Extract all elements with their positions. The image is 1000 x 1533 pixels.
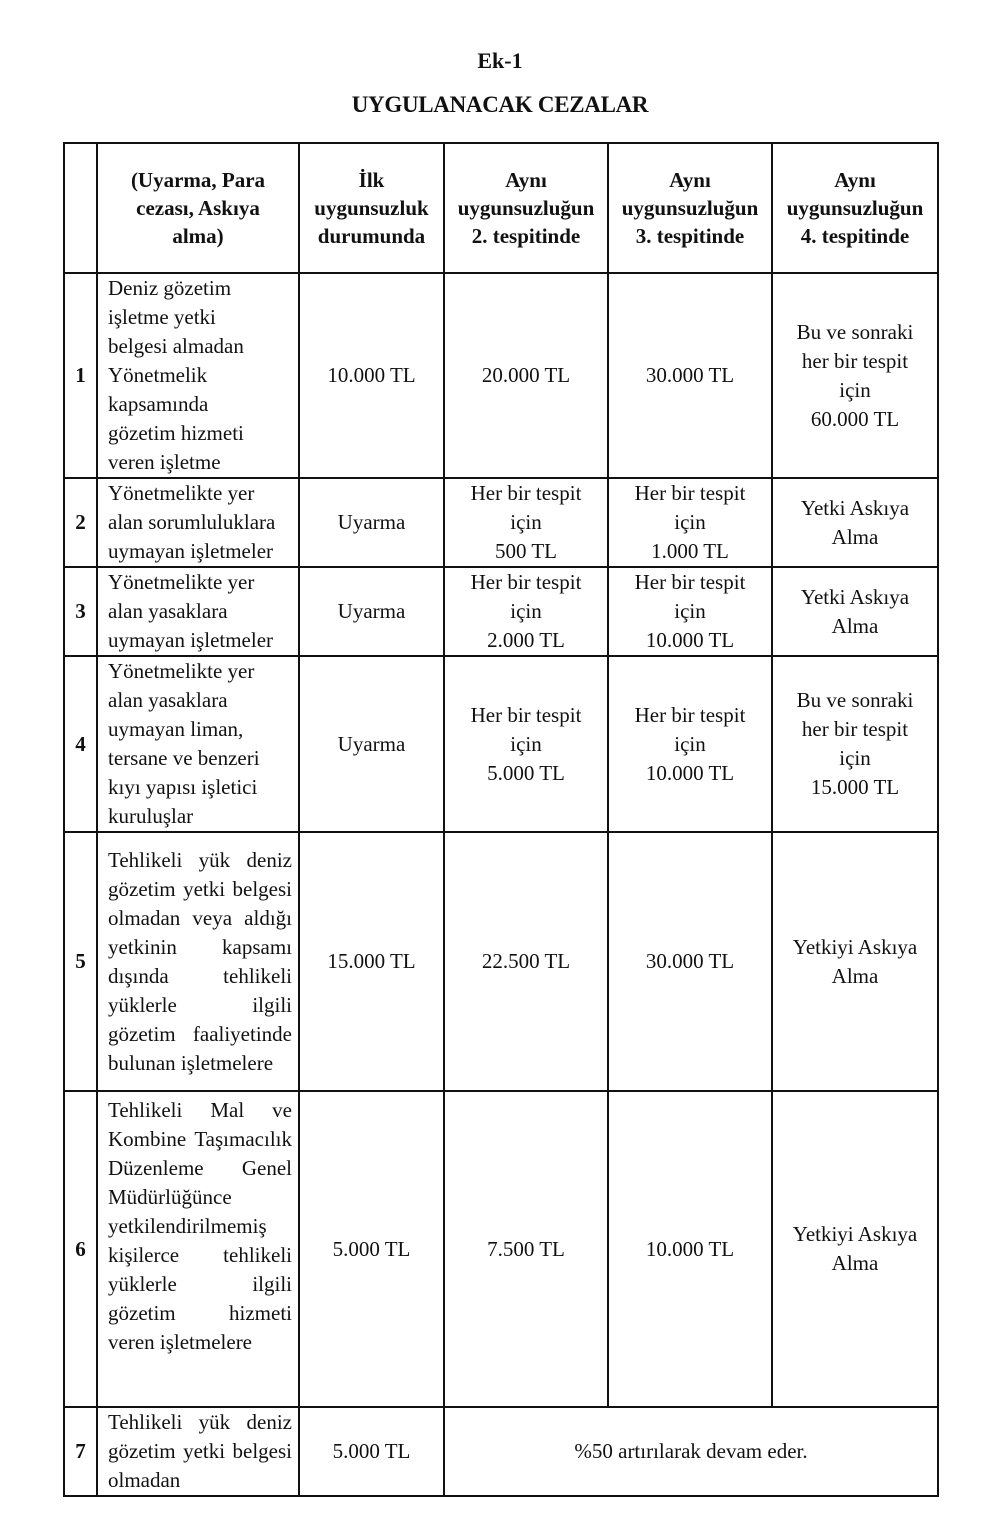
third-penalty: Her bir tespitiçin1.000 TL xyxy=(608,478,772,567)
text-line: uymayan işletmeler xyxy=(108,626,292,655)
fourth-penalty: Yetkiyi AskıyaAlma xyxy=(772,1091,938,1407)
text-line: her bir tespit xyxy=(773,347,937,376)
text-line: Aynı xyxy=(445,166,607,194)
table-row: 3 Yönetmelikte yeralan yasaklarauymayan … xyxy=(64,567,938,656)
table-row: 6 Tehlikeli Mal ve Kombine Taşımacılık D… xyxy=(64,1091,938,1407)
fourth-penalty: Yetki AskıyaAlma xyxy=(772,478,938,567)
text-line: 5.000 TL xyxy=(445,759,607,788)
header-penalty-type: (Uyarma, Paracezası, Askıyaalma) xyxy=(97,143,299,273)
text-line: Yetkiyi Askıya xyxy=(773,1220,937,1249)
text-line: uymayan liman, xyxy=(108,715,292,744)
text-line: 15.000 TL xyxy=(300,947,443,976)
row-number: 6 xyxy=(64,1091,97,1407)
row-number: 5 xyxy=(64,832,97,1091)
text-line: veren işletme xyxy=(108,448,292,477)
text-line: 2.000 TL xyxy=(445,626,607,655)
table-row: 4 Yönetmelikte yeralan yasaklarauymayan … xyxy=(64,656,938,832)
text-line: Her bir tespit xyxy=(445,701,607,730)
text-line: Alma xyxy=(773,962,937,991)
first-penalty: Uyarma xyxy=(299,567,444,656)
first-penalty: 5.000 TL xyxy=(299,1407,444,1496)
second-penalty: 22.500 TL xyxy=(444,832,608,1091)
first-penalty: Uyarma xyxy=(299,478,444,567)
first-penalty: 5.000 TL xyxy=(299,1091,444,1407)
second-penalty: Her bir tespitiçin500 TL xyxy=(444,478,608,567)
first-penalty: 10.000 TL xyxy=(299,273,444,478)
third-penalty: 10.000 TL xyxy=(608,1091,772,1407)
text-line: (Uyarma, Para xyxy=(98,166,298,194)
text-line: uygunsuzluğun xyxy=(609,194,771,222)
text-line: 10.000 TL xyxy=(609,626,771,655)
text-line: tersane ve benzeri xyxy=(108,744,292,773)
text-line: Yönetmelikte yer xyxy=(108,568,292,597)
text-line: Yetki Askıya xyxy=(773,583,937,612)
violation-description: Yönetmelikte yeralan sorumluluklarauymay… xyxy=(97,478,299,567)
table-row: 2 Yönetmelikte yeralan sorumluluklarauym… xyxy=(64,478,938,567)
text-line: alma) xyxy=(98,222,298,250)
text-line: için xyxy=(445,730,607,759)
header-first: İlkuygunsuzlukdurumunda xyxy=(299,143,444,273)
text-line: İlk xyxy=(300,166,443,194)
text-line: Yönetmelik xyxy=(108,361,292,390)
header-second: Aynıuygunsuzluğun2. tespitinde xyxy=(444,143,608,273)
fourth-penalty: Bu ve sonrakiher bir tespitiçin15.000 TL xyxy=(772,656,938,832)
text-line: kapsamında xyxy=(108,390,292,419)
text-line: Alma xyxy=(773,523,937,552)
violation-description: Tehlikeli yük deniz gözetim yetki belges… xyxy=(97,1407,299,1496)
row-number: 1 xyxy=(64,273,97,478)
text-line: 500 TL xyxy=(445,537,607,566)
text-line: 5.000 TL xyxy=(300,1235,443,1264)
table-row: 1 Deniz gözetimişletme yetkibelgesi alma… xyxy=(64,273,938,478)
third-penalty: 30.000 TL xyxy=(608,832,772,1091)
text-line: Yönetmelikte yer xyxy=(108,657,292,686)
text-line: 7.500 TL xyxy=(445,1235,607,1264)
text-line: 10.000 TL xyxy=(609,1235,771,1264)
row-number: 7 xyxy=(64,1407,97,1496)
text-line: 2. tespitinde xyxy=(445,222,607,250)
text-line: 10.000 TL xyxy=(300,361,443,390)
second-penalty: 20.000 TL xyxy=(444,273,608,478)
text-line: her bir tespit xyxy=(773,715,937,744)
text-line: için xyxy=(445,508,607,537)
violation-description: Deniz gözetimişletme yetkibelgesi almada… xyxy=(97,273,299,478)
text-line: alan yasaklara xyxy=(108,597,292,626)
header-no xyxy=(64,143,97,273)
text-line: 30.000 TL xyxy=(609,947,771,976)
text-line: Deniz gözetim xyxy=(108,274,292,303)
violation-description: Yönetmelikte yeralan yasaklarauymayan iş… xyxy=(97,567,299,656)
text-line: Her bir tespit xyxy=(609,701,771,730)
text-line: gözetim hizmeti xyxy=(108,419,292,448)
row-number: 2 xyxy=(64,478,97,567)
text-line: Alma xyxy=(773,612,937,641)
text-line: Yetkiyi Askıya xyxy=(773,933,937,962)
text-line: için xyxy=(773,376,937,405)
violation-description: Tehlikeli Mal ve Kombine Taşımacılık Düz… xyxy=(97,1091,299,1407)
table-row: 5 Tehlikeli yük deniz gözetim yetki belg… xyxy=(64,832,938,1091)
second-penalty: 7.500 TL xyxy=(444,1091,608,1407)
text-line: durumunda xyxy=(300,222,443,250)
second-penalty: Her bir tespitiçin2.000 TL xyxy=(444,567,608,656)
text-line: 10.000 TL xyxy=(609,759,771,788)
text-line: için xyxy=(609,508,771,537)
text-line: 5.000 TL xyxy=(300,1437,443,1466)
violation-description: Tehlikeli yük deniz gözetim yetki belges… xyxy=(97,832,299,1091)
text-line: 22.500 TL xyxy=(445,947,607,976)
table-row: 7 Tehlikeli yük deniz gözetim yetki belg… xyxy=(64,1407,938,1496)
text-line: kuruluşlar xyxy=(108,802,292,831)
header-third: Aynıuygunsuzluğun3. tespitinde xyxy=(608,143,772,273)
text-line: belgesi almadan xyxy=(108,332,292,361)
row-number: 3 xyxy=(64,567,97,656)
third-penalty: Her bir tespitiçin10.000 TL xyxy=(608,656,772,832)
text-line: için xyxy=(773,744,937,773)
text-line: uygunsuzluğun xyxy=(445,194,607,222)
text-line: alan sorumluluklara xyxy=(108,508,292,537)
text-line: 20.000 TL xyxy=(445,361,607,390)
text-line: Her bir tespit xyxy=(445,568,607,597)
text-line: 1.000 TL xyxy=(609,537,771,566)
annex-label: Ek-1 xyxy=(0,48,1000,74)
text-line: Yönetmelikte yer xyxy=(108,479,292,508)
text-line: Her bir tespit xyxy=(445,479,607,508)
text-line: cezası, Askıya xyxy=(98,194,298,222)
text-line: Her bir tespit xyxy=(609,479,771,508)
text-line: için xyxy=(609,597,771,626)
text-line: Uyarma xyxy=(300,508,443,537)
text-line: 30.000 TL xyxy=(609,361,771,390)
text-line: kıyı yapısı işletici xyxy=(108,773,292,802)
text-line: için xyxy=(609,730,771,759)
header-row: (Uyarma, Paracezası, Askıyaalma) İlkuygu… xyxy=(64,143,938,273)
fourth-penalty: Bu ve sonrakiher bir tespitiçin60.000 TL xyxy=(772,273,938,478)
text-line: Alma xyxy=(773,1249,937,1278)
fourth-penalty: Yetkiyi AskıyaAlma xyxy=(772,832,938,1091)
text-line: uymayan işletmeler xyxy=(108,537,292,566)
violation-description: Yönetmelikte yeralan yasaklarauymayan li… xyxy=(97,656,299,832)
text-line: için xyxy=(445,597,607,626)
row-number: 4 xyxy=(64,656,97,832)
second-penalty: Her bir tespitiçin5.000 TL xyxy=(444,656,608,832)
text-line: alan yasaklara xyxy=(108,686,292,715)
fourth-penalty: Yetki AskıyaAlma xyxy=(772,567,938,656)
first-penalty: Uyarma xyxy=(299,656,444,832)
text-line: Aynı xyxy=(609,166,771,194)
text-line: Yetki Askıya xyxy=(773,494,937,523)
text-line: işletme yetki xyxy=(108,303,292,332)
text-line: Aynı xyxy=(773,166,937,194)
text-line: 15.000 TL xyxy=(773,773,937,802)
text-line: Uyarma xyxy=(300,730,443,759)
subsequent-penalty-note: %50 artırılarak devam eder. xyxy=(444,1407,938,1496)
text-line: 4. tespitinde xyxy=(773,222,937,250)
text-line: Bu ve sonraki xyxy=(773,686,937,715)
first-penalty: 15.000 TL xyxy=(299,832,444,1091)
third-penalty: Her bir tespitiçin10.000 TL xyxy=(608,567,772,656)
header-fourth: Aynıuygunsuzluğun4. tespitinde xyxy=(772,143,938,273)
text-line: Uyarma xyxy=(300,597,443,626)
text-line: uygunsuzluğun xyxy=(773,194,937,222)
text-line: Her bir tespit xyxy=(609,568,771,597)
third-penalty: 30.000 TL xyxy=(608,273,772,478)
text-line: uygunsuzluk xyxy=(300,194,443,222)
text-line: 60.000 TL xyxy=(773,405,937,434)
text-line: 3. tespitinde xyxy=(609,222,771,250)
text-line: Bu ve sonraki xyxy=(773,318,937,347)
page-title: UYGULANACAK CEZALAR xyxy=(0,92,1000,118)
penalties-table: (Uyarma, Paracezası, Askıyaalma) İlkuygu… xyxy=(63,142,939,1497)
